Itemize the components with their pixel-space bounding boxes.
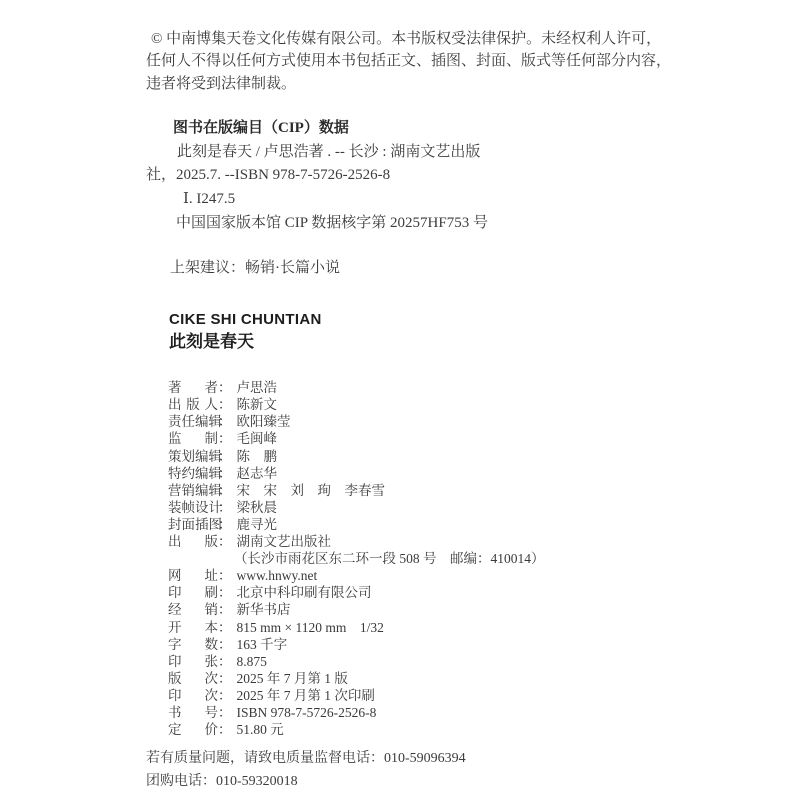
colophon-label: 出版人 bbox=[168, 396, 218, 413]
quality-hotline: 若有质量问题，请致电质量监督电话：010-59096394 bbox=[146, 747, 760, 770]
colophon-list: 著者：卢思浩 出版人：陈新文 责任编辑：欧阳臻莹 监制：毛闽峰 策划编辑：陈 鹏… bbox=[146, 379, 760, 738]
copyright-line: 违者将受到法律制裁。 bbox=[146, 73, 760, 95]
colon: ： bbox=[218, 449, 232, 464]
colophon-row-format: 开本：815 mm × 1120 mm 1/32 bbox=[168, 619, 760, 636]
colophon-row-price: 定价：51.80 元 bbox=[168, 721, 760, 738]
colophon-label: 策划编辑 bbox=[168, 448, 218, 465]
cip-line: 此刻是春天 / 卢思浩著 . -- 长沙 : 湖南文艺出版 bbox=[146, 141, 760, 165]
colophon-value: www.hnwy.net bbox=[232, 568, 318, 583]
colophon-label: 字数 bbox=[168, 636, 218, 653]
colophon-label: 营销编辑 bbox=[168, 482, 218, 499]
colophon-row-marketing-editors: 营销编辑：宋 宋 刘 珣 李春雪 bbox=[168, 482, 760, 499]
colon: ： bbox=[218, 466, 232, 481]
colophon-label: 监制 bbox=[168, 430, 218, 447]
colophon-value: 湖南文艺出版社 bbox=[232, 534, 332, 549]
colon: ： bbox=[218, 380, 232, 395]
colon: ： bbox=[218, 585, 232, 600]
colophon-value: 梁秋晨 bbox=[232, 500, 278, 515]
colophon-value: 8.875 bbox=[232, 654, 267, 669]
pinyin-title: CIKE SHI CHUNTIAN bbox=[169, 310, 760, 330]
colophon-row-contributing-editor: 特约编辑：赵志华 bbox=[168, 465, 760, 482]
colophon-row-isbn: 书号：ISBN 978-7-5726-2526-8 bbox=[168, 704, 760, 721]
colophon-row-planning-editor: 策划编辑：陈 鹏 bbox=[168, 448, 760, 465]
shelving-suggestion: 上架建议：畅销·长篇小说 bbox=[146, 257, 760, 279]
publisher-address-note: （长沙市雨花区东二环一段 508 号 邮编：410014） bbox=[168, 550, 760, 567]
copyright-notice: © 中南博集天卷文化传媒有限公司。本书版权受法律保护。未经权利人许可， 任何人不… bbox=[146, 28, 760, 95]
footer-hotlines: 若有质量问题，请致电质量监督电话：010-59096394 团购电话：010-5… bbox=[146, 747, 760, 793]
colophon-label: 书号 bbox=[168, 704, 218, 721]
group-purchase-hotline: 团购电话：010-59320018 bbox=[146, 770, 760, 793]
colon: ： bbox=[218, 688, 232, 703]
colon: ： bbox=[218, 654, 232, 669]
colon: ： bbox=[218, 483, 232, 498]
colophon-row-website: 网址：www.hnwy.net bbox=[168, 567, 760, 584]
cip-heading: 图书在版编目（CIP）数据 bbox=[146, 117, 760, 141]
colophon-row-distributor: 经销：新华书店 bbox=[168, 601, 760, 618]
colophon-label: 开本 bbox=[168, 619, 218, 636]
colon: ： bbox=[218, 397, 232, 412]
colophon-label: 封面插图 bbox=[168, 516, 218, 533]
colophon-value: 51.80 元 bbox=[232, 722, 284, 737]
cip-classification: Ⅰ. I247.5 bbox=[146, 188, 760, 212]
colophon-value: ISBN 978-7-5726-2526-8 bbox=[232, 705, 377, 720]
colophon-value: 毛闽峰 bbox=[232, 431, 278, 446]
colophon-row-publisher-person: 出版人：陈新文 bbox=[168, 396, 760, 413]
colophon-row-publisher: 出版：湖南文艺出版社 bbox=[168, 533, 760, 550]
colophon-value: 163 千字 bbox=[232, 637, 288, 652]
colophon-value: 新华书店 bbox=[232, 602, 291, 617]
copyright-page: © 中南博集天卷文化传媒有限公司。本书版权受法律保护。未经权利人许可， 任何人不… bbox=[0, 0, 800, 800]
colon: ： bbox=[218, 671, 232, 686]
colophon-label: 定价 bbox=[168, 721, 218, 738]
colon: ： bbox=[218, 517, 232, 532]
colon: ： bbox=[218, 637, 232, 652]
colophon-value: 宋 宋 刘 珣 李春雪 bbox=[232, 483, 386, 498]
colon: ： bbox=[218, 620, 232, 635]
colophon-label: 责任编辑 bbox=[168, 413, 218, 430]
colophon-row-word-count: 字数：163 千字 bbox=[168, 636, 760, 653]
colophon-value: 2025 年 7 月第 1 版 bbox=[232, 671, 348, 686]
colophon-value: 815 mm × 1120 mm 1/32 bbox=[232, 620, 384, 635]
colophon-label: 印次 bbox=[168, 687, 218, 704]
colophon-row-design: 装帧设计：梁秋晨 bbox=[168, 499, 760, 516]
colon: ： bbox=[218, 534, 232, 549]
colophon-value: 赵志华 bbox=[232, 466, 278, 481]
colophon-label: 著者 bbox=[168, 379, 218, 396]
colophon-row-responsible-editor: 责任编辑：欧阳臻莹 bbox=[168, 413, 760, 430]
title-block: CIKE SHI CHUNTIAN 此刻是春天 bbox=[146, 310, 760, 353]
colophon-row-sheets: 印张：8.875 bbox=[168, 653, 760, 670]
colophon-label: 印刷 bbox=[168, 584, 218, 601]
cip-data-section: 图书在版编目（CIP）数据 此刻是春天 / 卢思浩著 . -- 长沙 : 湖南文… bbox=[146, 117, 760, 235]
colophon-value: 陈 鹏 bbox=[232, 449, 278, 464]
copyright-line: 任何人不得以任何方式使用本书包括正文、插图、封面、版式等任何部分内容， bbox=[146, 50, 760, 72]
colophon-row-cover-illustration: 封面插图：鹿寻光 bbox=[168, 516, 760, 533]
colophon-value: 卢思浩 bbox=[232, 380, 278, 395]
colophon-label: 装帧设计 bbox=[168, 499, 218, 516]
colophon-row-author: 著者：卢思浩 bbox=[168, 379, 760, 396]
colophon-label: 版次 bbox=[168, 670, 218, 687]
colon: ： bbox=[218, 705, 232, 720]
colophon-value: 欧阳臻莹 bbox=[232, 414, 291, 429]
colophon-label: 经销 bbox=[168, 601, 218, 618]
colon: ： bbox=[218, 722, 232, 737]
book-title: 此刻是春天 bbox=[169, 330, 760, 353]
cip-registration-number: 中国国家版本馆 CIP 数据核字第 20257HF753 号 bbox=[146, 212, 760, 236]
colophon-row-impression: 印次：2025 年 7 月第 1 次印刷 bbox=[168, 687, 760, 704]
copyright-line: © 中南博集天卷文化传媒有限公司。本书版权受法律保护。未经权利人许可， bbox=[146, 28, 760, 50]
colophon-value: 北京中科印刷有限公司 bbox=[232, 585, 372, 600]
colophon-row-printer: 印刷：北京中科印刷有限公司 bbox=[168, 584, 760, 601]
colon: ： bbox=[218, 568, 232, 583]
colophon-value: 鹿寻光 bbox=[232, 517, 278, 532]
colon: ： bbox=[218, 431, 232, 446]
colon: ： bbox=[218, 500, 232, 515]
colophon-row-edition: 版次：2025 年 7 月第 1 版 bbox=[168, 670, 760, 687]
colophon-row-supervisor: 监制：毛闽峰 bbox=[168, 430, 760, 447]
colophon-label: 网址 bbox=[168, 567, 218, 584]
colon: ： bbox=[218, 414, 232, 429]
colon: ： bbox=[218, 602, 232, 617]
colophon-label: 出版 bbox=[168, 533, 218, 550]
colophon-value: 2025 年 7 月第 1 次印刷 bbox=[232, 688, 375, 703]
cip-line: 社，2025.7. --ISBN 978-7-5726-2526-8 bbox=[146, 164, 760, 188]
colophon-label: 印张 bbox=[168, 653, 218, 670]
colophon-value: 陈新文 bbox=[232, 397, 278, 412]
colophon-label: 特约编辑 bbox=[168, 465, 218, 482]
